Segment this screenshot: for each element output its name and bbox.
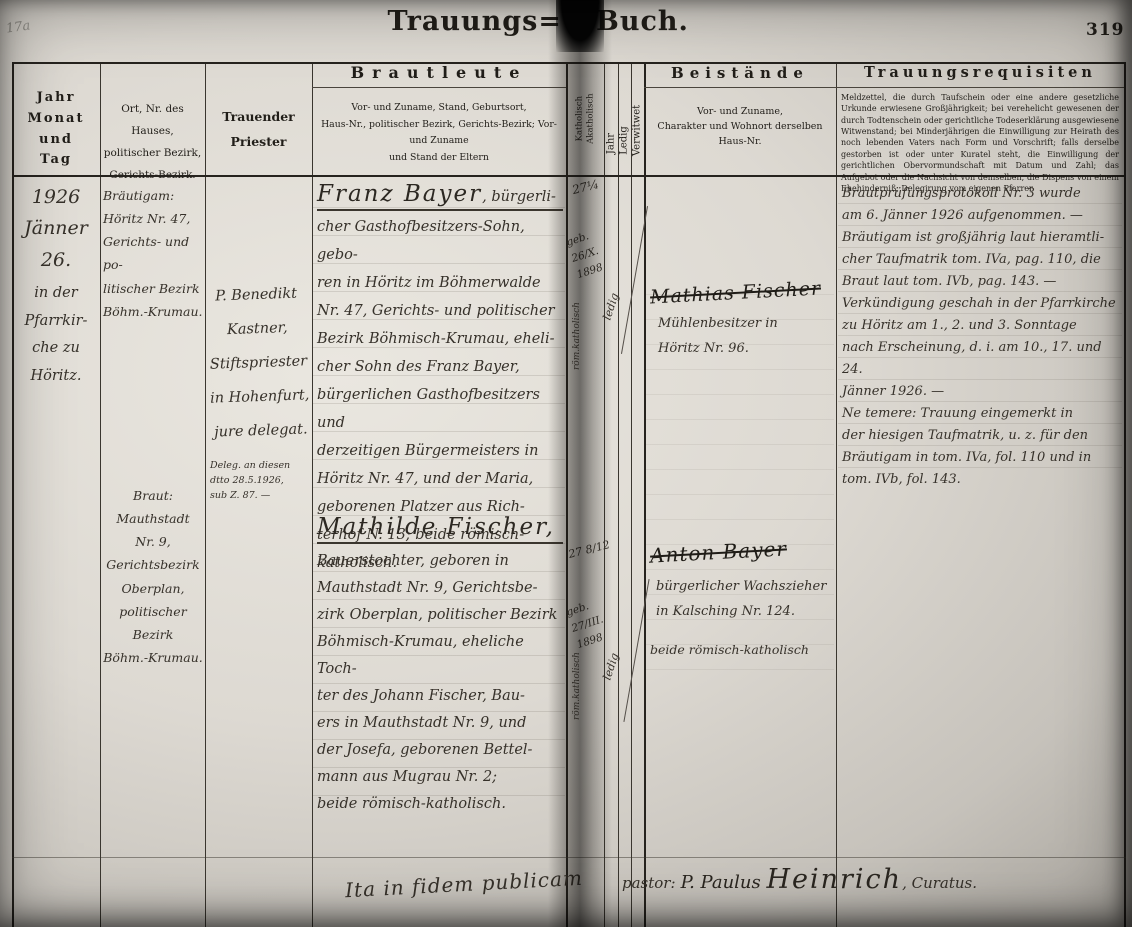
entry-priest: P. Benedikt Kastner, Stiftspriester in H… <box>204 276 313 450</box>
column-header-beistaende-title: Beistände <box>646 64 834 82</box>
entry-bride-paragraph: Mathilde Fischer, Bauerstochter, geboren… <box>317 514 563 818</box>
attestation-signature: pastor: P. Paulus Heinrich, Curatus. <box>622 864 1092 895</box>
column-header-place: Ort, Nr. des Hauses, politischer Bezirk,… <box>102 98 203 186</box>
column-header-requisiten-title: Trauungsrequisiten <box>838 64 1122 81</box>
bride-name: Mathilde Fischer, <box>317 514 555 540</box>
column-header-beistaende-sub: Vor- und Zuname, Charakter und Wohnort d… <box>646 104 834 150</box>
corner-mark: 17a <box>5 18 31 36</box>
book-title-left: Trauungs= <box>340 6 562 37</box>
entry-date-place: in der Pfarrkir- che zu Höritz. <box>14 280 98 390</box>
column-header-requisiten-sub: Meldzettel, die durch Taufschein oder ei… <box>841 92 1119 194</box>
signature-name: Heinrich <box>766 864 902 895</box>
entry-groom-residence: Bräutigam: Höritz Nr. 47, Gerichts- und … <box>103 184 203 323</box>
groom-age: 27¼ <box>571 177 600 197</box>
column-header-religion: Katholisch Akatholisch <box>574 64 595 174</box>
attestation-left: Ita in fidem publicam <box>345 866 584 902</box>
column-header-ledig: Ledig <box>619 86 630 196</box>
groom-religion-note: röm.katholisch <box>572 240 582 370</box>
entry-date: 1926 Jänner 26. <box>14 182 98 276</box>
entry-priest-note: Deleg. an diesen dtto 28.5.1926, sub Z. … <box>207 458 313 504</box>
bride-religion-note: röm.katholisch <box>572 590 582 720</box>
groom-name: Franz Bayer <box>317 181 482 207</box>
witness1-description: Mühlenbesitzer in Höritz Nr. 96. <box>658 312 828 361</box>
column-header-priest: Trauender Priester <box>207 104 310 154</box>
groom-first-line-rest: , bürgerli- <box>482 189 556 205</box>
column-header-brautleute-sub: Vor- und Zuname, Stand, Geburtsort, Haus… <box>314 100 564 167</box>
witnesses-religion-note: beide römisch-katholisch <box>650 642 830 657</box>
signature-prefix: P. Paulus <box>681 872 767 893</box>
column-header-jahr: Jahr <box>606 89 617 199</box>
page-number: 319 <box>1086 20 1125 40</box>
column-header-date: Jahr Monat und Tag <box>14 88 98 171</box>
requisiten-notes: Brautprüfungsprotokoll Nr. 3 wurde am 6.… <box>842 183 1120 491</box>
signature-suffix: , Curatus. <box>902 874 977 892</box>
bride-details: Bauerstochter, geboren in Mauthstadt Nr.… <box>317 548 563 818</box>
attestation-pastor-word: pastor: <box>622 874 676 892</box>
entry-bride-residence: Braut: Mauthstadt Nr. 9, Gerichtsbezirk … <box>103 484 203 669</box>
register-page-scan: 17a Trauungs= Buch. 319 Jahr Monat und T… <box>0 0 1132 927</box>
column-header-brautleute-title: Brautleute <box>314 63 564 82</box>
witness2-description: bürgerlicher Wachszieher in Kalsching Nr… <box>656 575 831 624</box>
column-header-verwitwet: Verwitwet <box>632 76 643 186</box>
book-title-right: Buch. <box>596 6 706 37</box>
